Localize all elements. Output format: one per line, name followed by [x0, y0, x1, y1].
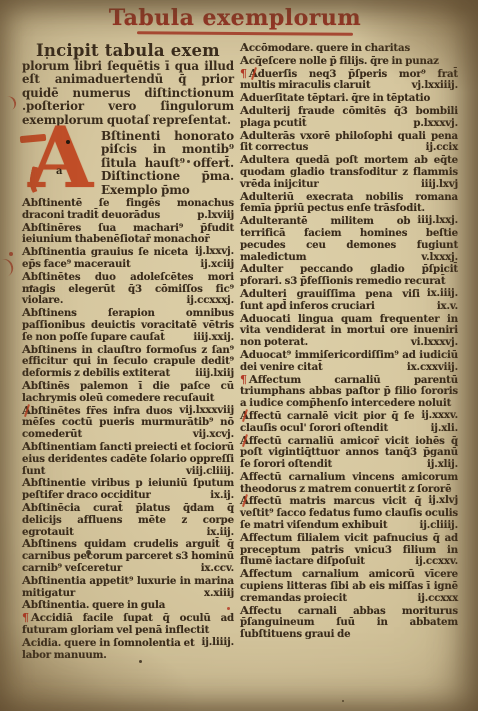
entry-initial: A — [240, 128, 249, 142]
index-entry: Abſtinēres ſua machari⁹ p̄fudit ieiunium… — [22, 222, 234, 247]
red-margin-flourish — [3, 95, 18, 112]
entry-initial: A — [22, 500, 31, 514]
entry-initial: A — [22, 220, 31, 234]
index-entry: Abſtinentia appetit⁹ luxurie in marina m… — [22, 575, 234, 600]
index-entry: Abſtinētes duo adoleſcētes mori magis el… — [22, 271, 234, 307]
ink-blot — [86, 550, 91, 555]
entry-initial: A — [31, 610, 40, 624]
opening-section: A a Bſtinenti honorato piſcis in montib⁹… — [22, 130, 234, 661]
folio-reference: ij.ccix — [419, 142, 458, 154]
entry-initial: A — [240, 311, 249, 325]
index-entry: Adulter peccando gladio p̄ſpicit̄ pforar… — [240, 263, 458, 288]
entry-text: ffectum carnaliū parentū triumphans abba… — [240, 374, 458, 410]
entry-text: ffectū carnalium vincens amicorum theodo… — [240, 471, 458, 495]
entry-initial: A — [240, 286, 249, 300]
manuscript-page: Tabula exemplorum Incipit tabula exem pl… — [0, 0, 478, 711]
entry-initial: A — [22, 244, 31, 258]
ink-spot — [187, 160, 190, 163]
index-entry: Accōmodare. quere in charitas — [240, 42, 458, 55]
index-entry: Affectū carnaliū amicor̄ vicit iohēs q̄ … — [240, 435, 458, 471]
folio-reference: ix.v. — [430, 301, 458, 313]
index-entry: Affectum carnalium amicorū vīcere cupien… — [240, 568, 458, 604]
folio-reference: ij.lxxvj. — [188, 246, 234, 258]
entry-initial: A — [240, 566, 249, 580]
entry-text: cidia. quere in ſomnolentia et labor man… — [22, 637, 195, 661]
index-entry: Abſtinens in clauſtro formoſus z ſan⁹ ef… — [22, 344, 234, 380]
entry-initial: A — [240, 603, 249, 617]
entry-initial: A — [22, 342, 31, 356]
left-column: Incipit tabula exem plorum libri ſequēti… — [22, 42, 234, 661]
right-column: Accōmodare. quere in charitasAcq̄eſcere … — [240, 42, 458, 661]
folio-reference: ij.cliiij. — [412, 520, 458, 532]
index-entry: ¶Aduerſis neq3 p̄ſperis mor⁹ frat̄ multi… — [240, 68, 458, 93]
index-entry: ¶Accidiā facile ſupat q̄ oculū ad futura… — [22, 612, 234, 637]
ink-spot — [66, 140, 70, 144]
folio-reference: ij.ccxxv. — [408, 556, 458, 568]
index-entry: Adulteriū execrata nobilis romana femīa … — [240, 191, 458, 216]
index-entry: Aduocati lingua quam frequenter in vita … — [240, 313, 458, 349]
entry-text: dulteri grauiſſima pena viſi ſunt apd̄ i… — [240, 288, 420, 312]
entry-initial: A — [240, 53, 249, 67]
index-entry: ¶Affectum carnaliū parentū triumphans ab… — [240, 374, 458, 410]
incipit-first-line: Incipit tabula exem — [22, 42, 234, 60]
index-entry: Abſtinēs palemon ī die paſce cū lachrymi… — [22, 380, 234, 405]
entry-initial: A — [22, 536, 31, 550]
entry-initial: A — [240, 261, 249, 275]
folio-reference: ij.xlij. — [420, 459, 458, 471]
rubricated-initial-A: A a — [22, 132, 96, 195]
index-entry: Abſtinens quidam crudelis arguit̄ q̄ car… — [22, 538, 234, 574]
entry-text: bſtinentia. quere in gula — [31, 599, 165, 611]
folio-reference: v.lxxxj. — [414, 252, 458, 264]
ink-spot — [342, 700, 344, 702]
folio-reference: vij.lxxxviij — [172, 405, 234, 417]
entry-initial: A — [22, 635, 31, 649]
text-block: Incipit tabula exem plorum libri ſequēti… — [22, 42, 458, 661]
entry-text: bſtinentie viribus p ieiuniū ſputum peſt… — [22, 477, 234, 501]
folio-reference: ix.cxxviij. — [400, 362, 458, 374]
folio-reference: vi.lxxxvj. — [404, 337, 458, 349]
entry-initial: A — [240, 213, 249, 227]
entry-initial: A — [249, 372, 258, 386]
index-entry: Adulterās vxorē philoſophi quali pena ſi… — [240, 130, 458, 155]
entry-initial: A — [22, 439, 31, 453]
index-entry: Abſtinentia. quere in gula — [22, 599, 234, 612]
right-entry-list: Accōmodare. quere in charitasAcq̄eſcere … — [240, 42, 458, 641]
folio-reference: ij.xxxv. — [414, 410, 458, 422]
index-entry: Affectū carnalium vincens amicorum theod… — [240, 471, 458, 496]
folio-reference: p.lxviij — [190, 210, 234, 222]
entry-initial: A — [22, 405, 31, 417]
entry-initial: A — [22, 597, 31, 611]
entry-text: ccidiā facile ſupat q̄ oculū ad futuram … — [22, 612, 234, 636]
index-entry: Acq̄eſcere nolle p̄ filijs. q̄re in puna… — [240, 55, 458, 68]
index-entry: Adulterij fraude cōmitēs q̄3 bombili pla… — [240, 105, 458, 130]
folio-reference: iiij.lxxj. — [410, 215, 458, 227]
index-entry: Abſtinens ſerapion omnibus paſſionibus d… — [22, 307, 234, 343]
folio-reference: ij.xlvj — [421, 495, 458, 507]
entry-initial: A — [240, 152, 249, 166]
folio-reference: ij.ccxxxj. — [180, 295, 234, 307]
folio-reference: vij.xcvj. — [186, 429, 234, 441]
title-rubric-underline — [137, 31, 353, 35]
index-entry: Aduocat⁹ immiſericordiſſim⁹ ad iudiciū d… — [240, 349, 458, 374]
index-entry: Abſtinentie viribus p ieiuniū ſputum peſ… — [22, 477, 234, 502]
index-entry: Abſtinentiam ſancti preiecti et ſociorū … — [22, 441, 234, 477]
entry-text: dulteriū execrata nobilis romana femīa p… — [240, 191, 458, 215]
ink-spot — [139, 660, 142, 663]
folio-reference: ij.xli. — [424, 423, 458, 435]
folio-reference: viij.cliiij. — [179, 466, 234, 478]
entry-text: ccōmodare. quere in charitas — [249, 42, 410, 54]
index-entry: Affectum filialem vicit pafnucius q̄ ad … — [240, 532, 458, 568]
folio-reference: iiij.lxvj — [414, 179, 458, 191]
entry-initial: A — [240, 410, 249, 422]
folio-reference: ix.ccv. — [194, 563, 234, 575]
entry-initial: A — [240, 103, 249, 117]
entry-initial: A — [240, 469, 249, 483]
entry-initial: A — [22, 573, 31, 587]
entry-text: bſtinentia grauius ſe niceta ep̄s face⁹ … — [22, 246, 188, 270]
folio-reference: x.xiiij — [197, 588, 234, 600]
index-entry: Affectu carnali abbas moriturus p̄ſangui… — [240, 605, 458, 641]
entry-initial: A — [22, 269, 31, 283]
folio-reference: ix.iij. — [200, 527, 234, 539]
entry-text: bſtinēres ſua machari⁹ p̄fudit ieiunium … — [22, 222, 234, 246]
folio-reference: ix.ij. — [203, 490, 234, 502]
index-entry: Abſtinēcia curat̄ p̄latus q̄dam q̄ delic… — [22, 502, 234, 538]
red-margin-flourish — [0, 257, 16, 278]
folio-reference: vj.lxxiiij. — [405, 80, 458, 92]
entry-text: duerſitate tēptari. q̄re in tēptatio — [249, 92, 430, 104]
entry-initial: A — [240, 347, 249, 361]
left-entry-list: Abſtinentē ſe fingēs monachus draconi tr… — [22, 197, 234, 661]
folio-reference: p.lxxxvj. — [406, 118, 458, 130]
entry-text: bſtinēs palemon ī die paſce cū lachrymis… — [22, 380, 234, 404]
entry-text: ffectu carnali abbas moriturus p̄ſanguin… — [240, 605, 458, 641]
ink-spot — [46, 57, 48, 59]
entry-initial: A — [22, 305, 31, 319]
index-entry: Adultera quedā poſt mortem ab eq̄te quod… — [240, 154, 458, 190]
entry-initial: A — [240, 495, 249, 507]
ink-spot — [30, 285, 33, 288]
entry-text: dulter peccando gladio p̄ſpicit̄ pforari… — [240, 263, 458, 287]
entry-initial: A — [240, 435, 249, 447]
folio-reference: ix.iiij. — [420, 288, 458, 300]
entry-text: cq̄eſcere nolle p̄ filijs. q̄re in punaz — [249, 55, 439, 67]
entry-text: ffectū carnalē vicit pior q̄ ſe clauſis … — [240, 410, 414, 434]
folio-reference: ij.liiij. — [195, 637, 234, 649]
pilcrow-mark: ¶ — [240, 373, 249, 386]
pilcrow-mark: ¶ — [240, 67, 249, 80]
red-ink-speck — [227, 607, 230, 610]
folio-reference: iiij.lxiij — [188, 368, 234, 380]
folio-reference: ij.xciij — [193, 259, 234, 271]
folio-reference: ij.ccxxx — [410, 593, 458, 605]
pilcrow-mark: ¶ — [22, 611, 31, 624]
page-title: Tabula exemplorum — [0, 5, 470, 31]
entry-initial: A — [22, 378, 31, 392]
index-entry: Aduerſitate tēptari. q̄re in tēptatio — [240, 92, 458, 105]
folio-reference: iiij.xxij. — [186, 332, 234, 344]
guide-letter: a — [56, 166, 62, 177]
entry-initial: A — [22, 475, 31, 489]
red-margin-dot — [9, 252, 13, 256]
entry-initial: A — [240, 530, 249, 544]
entry-initial: A — [249, 68, 258, 80]
entry-initial: A — [240, 189, 249, 203]
